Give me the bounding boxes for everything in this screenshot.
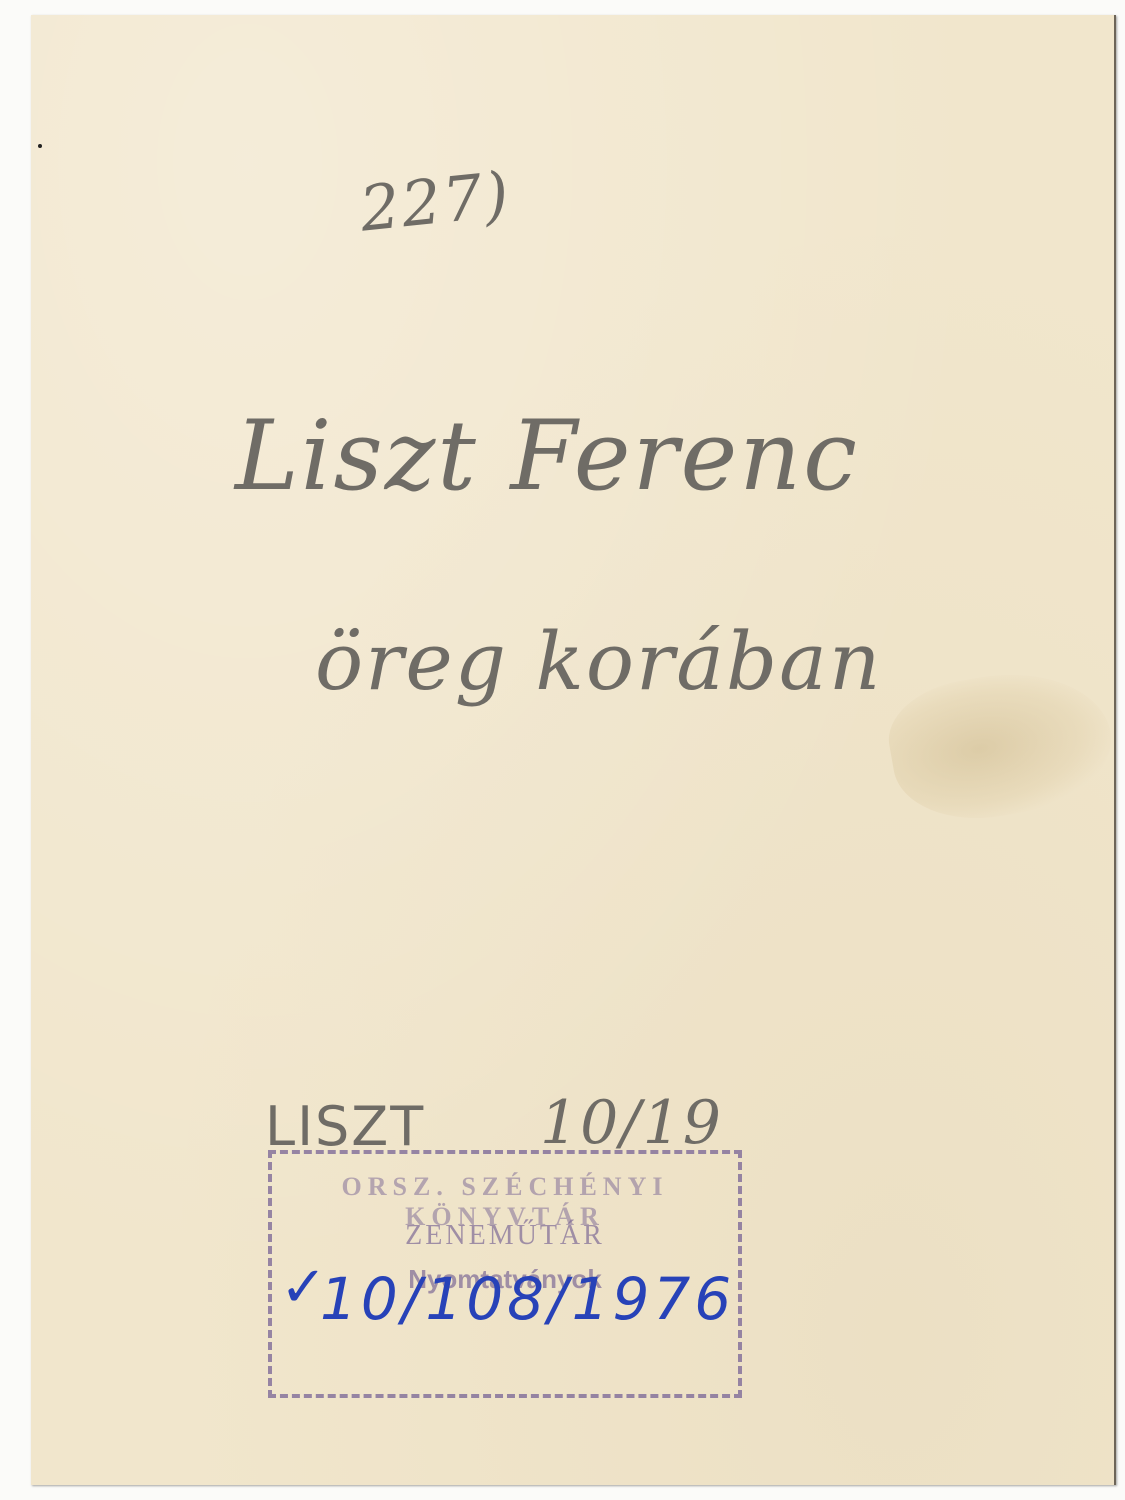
caption-line-1: Liszt Ferenc [235,400,859,512]
paper-speck [38,144,42,148]
shelf-note: LISZT [265,1095,425,1158]
caption-line-2: öreg korában [315,615,882,708]
shelf-code: 10/19 [540,1088,723,1158]
accession-number: 10/108/1976 [320,1265,735,1333]
stamp-line-2: ZENEMŰTÁR [272,1220,738,1252]
catalog-number: 227) [357,157,514,245]
glue-stain [881,657,1122,833]
